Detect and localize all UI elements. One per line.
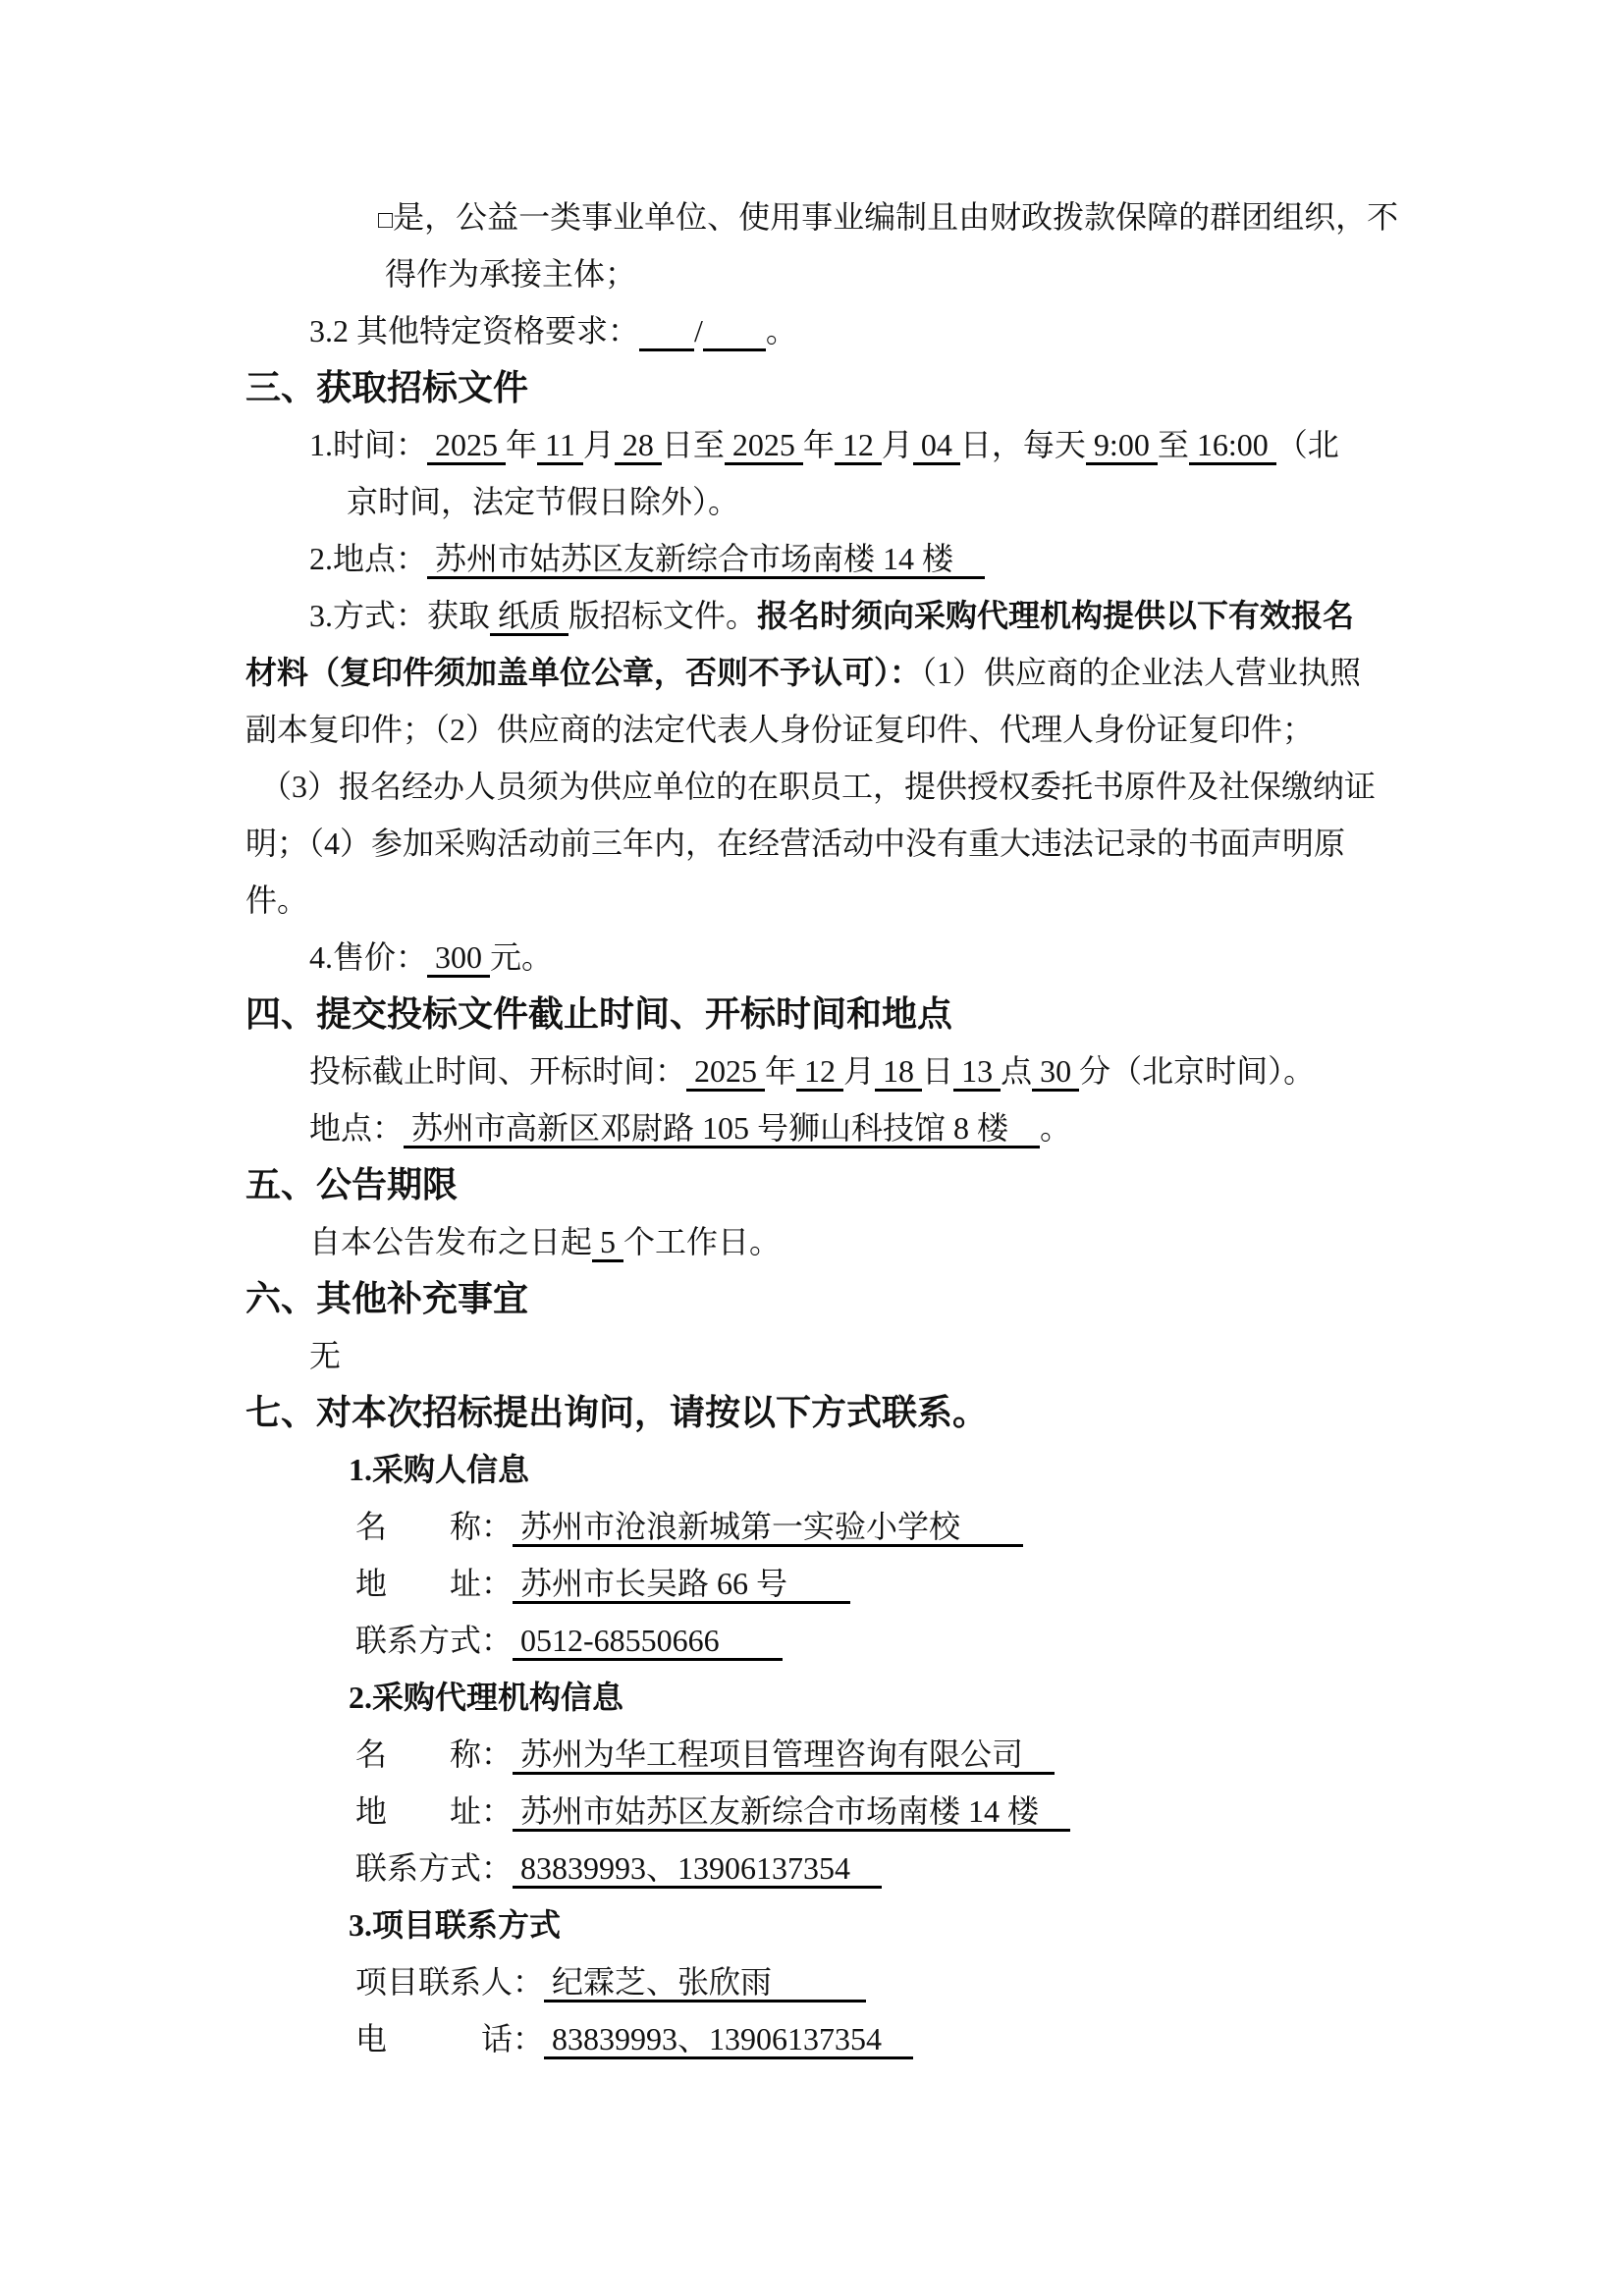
field-label: 地 址： (355, 1793, 513, 1829)
underline-value: 0512-68550666 (513, 1623, 783, 1661)
line-time: 1.时间： 2025 年 11 月 28 日至 2025 年 12 月 04 日… (309, 416, 1388, 473)
underline-value: 9:00 (1086, 427, 1158, 465)
underline-value: 18 (875, 1053, 922, 1092)
bold-run: 报名时须向采购代理机构提供以下有效报名 (757, 598, 1354, 633)
underline-value: 300 (427, 939, 490, 978)
field-label: 项目联系人： (355, 1964, 544, 2000)
underline-value: 5 (592, 1224, 623, 1262)
underline-value: 2025 (725, 427, 803, 465)
field-label: 地 址： (355, 1566, 513, 1601)
field-label: 电 话： (355, 2021, 544, 2056)
text-run: 2.地点： (309, 541, 427, 576)
heading-text: 六、其他补充事宜 (245, 1279, 528, 1318)
field-label: 联系方式： (355, 1623, 513, 1658)
document-page: □是，公益一类事业单位、使用事业编制且由财政拨款保障的群团组织，不 得作为承接主… (0, 0, 1624, 2296)
line-other-qualification: 3.2 其他特定资格要求： / 。 (309, 302, 1388, 359)
text-run: 日 (922, 1053, 953, 1089)
text-run: 月 (882, 427, 913, 462)
text-run: （3）报名经办人员须为供应单位的在职员工，提供授权委托书原件及社保缴纳证 (260, 769, 1376, 804)
text-run: 个工作日。 (623, 1224, 781, 1259)
line-place: 2.地点： 苏州市姑苏区友新综合市场南楼 14 楼 (309, 530, 1388, 587)
underline-value: 83839993、13906137354 (544, 2021, 913, 2059)
underline-value: 12 (796, 1053, 843, 1092)
text-run: 点 (1001, 1053, 1032, 1089)
text-run: 3.方式：获取 (309, 598, 490, 633)
text-run: 年 (506, 427, 537, 462)
heading-text: 五、公告期限 (245, 1165, 458, 1204)
line-method: 3.方式：获取 纸质 版招标文件。报名时须向采购代理机构提供以下有效报名 (309, 587, 1388, 644)
underline-value: 苏州市长吴路 66 号 (513, 1566, 850, 1604)
line-time-cont: 京时间，法定节假日除外）。 (347, 473, 1388, 530)
field-label: 联系方式： (355, 1850, 513, 1886)
text-run: 副本复印件；（2）供应商的法定代表人身份证复印件、代理人身份证复印件； (245, 712, 1314, 747)
checkbox-icon: □ (378, 207, 393, 234)
text-run: （1）供应商的企业法人营业执照 (921, 655, 1361, 690)
underline-value: 2025 (686, 1053, 765, 1092)
subheading-text: 1.采购人信息 (349, 1452, 529, 1487)
blank-field (639, 313, 694, 351)
underline-value: 04 (913, 427, 960, 465)
line-materials-cont-1: 副本复印件；（2）供应商的法定代表人身份证复印件、代理人身份证复印件； (245, 701, 1388, 758)
text-run: 日，每天 (960, 427, 1086, 462)
text-run: 无 (309, 1338, 341, 1373)
line-materials-cont-4: 件。 (245, 872, 1388, 929)
underline-value: 纸质 (490, 598, 568, 636)
text-run: 投标截止时间、开标时间： (309, 1053, 686, 1089)
text-run: 元。 (490, 939, 553, 975)
blank-field (703, 313, 766, 351)
heading-announcement-period: 五、公告期限 (245, 1156, 1388, 1213)
heading-text: 七、对本次招标提出询问，请按以下方式联系。 (245, 1393, 988, 1432)
text-run: 月 (583, 427, 615, 462)
text-run: 分（北京时间）。 (1079, 1053, 1315, 1089)
text-run: 年 (803, 427, 835, 462)
line-purchaser-name: 名 称： 苏州市沧浪新城第一实验小学校 (355, 1498, 1388, 1555)
underline-value: 83839993、13906137354 (513, 1850, 882, 1889)
line-price: 4.售价： 300 元。 (309, 929, 1388, 986)
field-label: 名 称： (355, 1509, 513, 1544)
line-agency-address: 地 址： 苏州市姑苏区友新综合市场南楼 14 楼 (355, 1783, 1388, 1840)
line-materials-cont-2: （3）报名经办人员须为供应单位的在职员工，提供授权委托书原件及社保缴纳证 (260, 758, 1388, 815)
text-run: 件。 (245, 882, 308, 918)
underline-value: 11 (537, 427, 583, 465)
line-purchaser-contact: 联系方式： 0512-68550666 (355, 1612, 1388, 1669)
text-run: 是，公益一类事业单位、使用事业编制且由财政拨款保障的群团组织，不 (393, 199, 1398, 235)
line-announcement-period: 自本公告发布之日起 5 个工作日。 (309, 1213, 1388, 1270)
subheading-agency-info: 2.采购代理机构信息 (349, 1669, 1388, 1726)
text-run: 得作为承接主体； (385, 256, 636, 292)
line-other-matters-none: 无 (309, 1327, 1388, 1384)
line-project-contact-person: 项目联系人： 纪霖芝、张欣雨 (355, 1953, 1388, 2010)
line-agency-name: 名 称： 苏州为华工程项目管理咨询有限公司 (355, 1726, 1388, 1783)
underline-value: 28 (615, 427, 662, 465)
line-project-phone: 电 话： 83839993、13906137354 (355, 2010, 1388, 2067)
line-eligibility-note: □是，公益一类事业单位、使用事业编制且由财政拨款保障的群团组织，不 (378, 188, 1388, 245)
text-run: 月 (843, 1053, 875, 1089)
line-opening-place: 地点： 苏州市高新区邓尉路 105 号狮山科技馆 8 楼 。 (309, 1099, 1388, 1156)
subheading-project-contact: 3.项目联系方式 (349, 1896, 1388, 1953)
text-run: 地点： (309, 1110, 404, 1146)
underline-value: 苏州为华工程项目管理咨询有限公司 (513, 1736, 1055, 1775)
line-materials: 材料（复印件须加盖单位公章，否则不予认可）：（1）供应商的企业法人营业执照 (245, 644, 1388, 701)
text-run: 至 (1158, 427, 1189, 462)
heading-inquiry-contact: 七、对本次招标提出询问，请按以下方式联系。 (245, 1384, 1388, 1441)
line-eligibility-note-cont: 得作为承接主体； (385, 245, 1388, 302)
line-materials-cont-3: 明；（4）参加采购活动前三年内，在经营活动中没有重大违法记录的书面声明原 (245, 815, 1388, 872)
heading-text: 四、提交投标文件截止时间、开标时间和地点 (245, 994, 952, 1034)
underline-value: 13 (953, 1053, 1001, 1092)
underline-value: 纪霖芝、张欣雨 (544, 1964, 866, 2002)
text-run: 明；（4）参加采购活动前三年内，在经营活动中没有重大违法记录的书面声明原 (245, 826, 1345, 861)
subheading-text: 2.采购代理机构信息 (349, 1680, 623, 1715)
heading-other-matters: 六、其他补充事宜 (245, 1270, 1388, 1327)
underline-value: 30 (1032, 1053, 1079, 1092)
text-run: 年 (765, 1053, 796, 1089)
text-run: 京时间，法定节假日除外）。 (347, 484, 739, 519)
underline-value: 苏州市姑苏区友新综合市场南楼 14 楼 (427, 541, 985, 579)
line-deadline: 投标截止时间、开标时间： 2025 年 12 月 18 日 13 点 30 分（… (309, 1042, 1388, 1099)
underline-value: 苏州市姑苏区友新综合市场南楼 14 楼 (513, 1793, 1070, 1832)
heading-deadline-and-opening: 四、提交投标文件截止时间、开标时间和地点 (245, 986, 1388, 1042)
text-run: 自本公告发布之日起 (309, 1224, 592, 1259)
underline-value: 苏州市高新区邓尉路 105 号狮山科技馆 8 楼 (404, 1110, 1040, 1148)
heading-text: 三、获取招标文件 (245, 368, 528, 407)
text-run: 日至 (662, 427, 725, 462)
bold-run: 材料（复印件须加盖单位公章，否则不予认可）： (245, 655, 921, 690)
text-run: 1.时间： (309, 427, 427, 462)
subheading-purchaser-info: 1.采购人信息 (349, 1441, 1388, 1498)
text-run: 4.售价： (309, 939, 427, 975)
subheading-text: 3.项目联系方式 (349, 1907, 561, 1943)
text-run: （北 (1276, 427, 1339, 462)
heading-get-tender-docs: 三、获取招标文件 (245, 359, 1388, 416)
text-run: 。 (766, 313, 797, 348)
underline-value: 2025 (427, 427, 506, 465)
field-label: 名 称： (355, 1736, 513, 1772)
text-run: 版招标文件。 (568, 598, 757, 633)
underline-value: 16:00 (1189, 427, 1276, 465)
text-run: 3.2 其他特定资格要求： (309, 313, 639, 348)
text-run: 。 (1040, 1110, 1071, 1146)
underline-value: 苏州市沧浪新城第一实验小学校 (513, 1509, 1023, 1547)
line-purchaser-address: 地 址： 苏州市长吴路 66 号 (355, 1555, 1388, 1612)
underline-value: 12 (835, 427, 882, 465)
line-agency-contact: 联系方式： 83839993、13906137354 (355, 1840, 1388, 1896)
slash-separator: / (694, 313, 703, 348)
